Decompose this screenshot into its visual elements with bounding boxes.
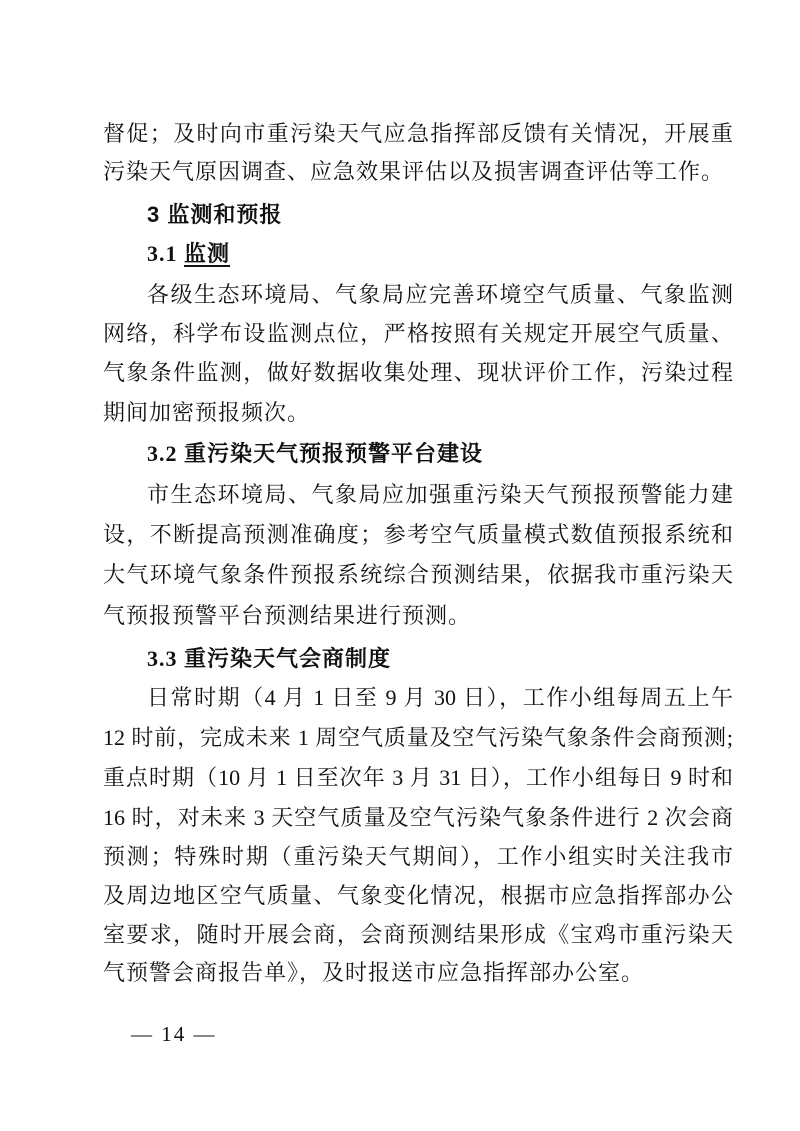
body-text-line: 气预警会商报告单》，及时报送市应急指挥部办公室。 <box>103 959 733 986</box>
body-text-line: 及周边地区空气质量、气象变化情况，根据市应急指挥部办公 <box>103 882 733 909</box>
line-text: 重点时期（10 月 1 日至次年 3 月 31 日），工作小组每日 9 时和 <box>103 765 733 790</box>
body-text-line: 气象条件监测，做好数据收集处理、现状评价工作，污染过程 <box>103 359 733 386</box>
line-text: 室要求，随时开展会商，会商预测结果形成《宝鸡市重污染天 <box>103 922 733 947</box>
body-text-line: 室要求，随时开展会商，会商预测结果形成《宝鸡市重污染天 <box>103 921 733 948</box>
body-text-line: 大气环境气象条件预报系统综合预测结果，依据我市重污染天 <box>103 561 733 588</box>
line-text: 预测；特殊时期（重污染天气期间），工作小组实时关注我市 <box>103 844 733 869</box>
line-text: 各级生态环境局、气象局应完善环境空气质量、气象监测 <box>147 282 733 307</box>
line-text: 大气环境气象条件预报系统综合预测结果，依据我市重污染天 <box>103 562 733 587</box>
document-page: 督促；及时向市重污染天气应急指挥部反馈有关情况，开展重污染天气原因调查、应急效果… <box>0 0 800 1131</box>
line-text: 气象条件监测，做好数据收集处理、现状评价工作，污染过程 <box>103 360 733 385</box>
body-text-line: 16 时，对未来 3 天空气质量及空气污染气象条件进行 2 次会商 <box>103 804 733 831</box>
line-text: 市生态环境局、气象局应加强重污染天气预报预警能力建 <box>147 482 733 507</box>
body-text-line: 期间加密预报频次。 <box>103 399 733 426</box>
line-text: 12 时前，完成未来 1 周空气质量及空气污染气象条件会商预测; <box>103 725 733 750</box>
line-text: 日常时期（4 月 1 日至 9 月 30 日），工作小组每周五上午 <box>147 685 733 710</box>
line-text: 督促；及时向市重污染天气应急指挥部反馈有关情况，开展重 <box>103 121 733 146</box>
underlined-text: 监测 <box>184 241 230 266</box>
body-text-line: 各级生态环境局、气象局应完善环境空气质量、气象监测 <box>103 281 733 308</box>
subsection-heading: 3.2 重污染天气预报预警平台建设 <box>103 440 733 467</box>
line-text: 气预警会商报告单》，及时报送市应急指挥部办公室。 <box>103 960 644 985</box>
line-text: 设，不断提高预测准确度；参考空气质量模式数值预报系统和 <box>103 522 733 547</box>
line-text: 网络，科学布设监测点位，严格按照有关规定开展空气质量、 <box>103 321 733 346</box>
body-text-line: 气预报预警平台预测结果进行预测。 <box>103 602 733 629</box>
subsection-heading: 3.3 重污染天气会商制度 <box>103 645 733 672</box>
line-text: 3 监测和预报 <box>147 202 282 227</box>
body-text-line: 督促；及时向市重污染天气应急指挥部反馈有关情况，开展重 <box>103 120 733 147</box>
body-text-line: 设，不断提高预测准确度；参考空气质量模式数值预报系统和 <box>103 521 733 548</box>
body-text-line: 重点时期（10 月 1 日至次年 3 月 31 日），工作小组每日 9 时和 <box>103 764 733 791</box>
body-text-line: 12 时前，完成未来 1 周空气质量及空气污染气象条件会商预测; <box>103 724 733 751</box>
page-number: — 14 — <box>131 1022 217 1047</box>
body-text-line: 污染天气原因调查、应急效果评估以及损害调查评估等工作。 <box>103 158 733 185</box>
line-text: 气预报预警平台预测结果进行预测。 <box>103 603 471 628</box>
line-text: 污染天气原因调查、应急效果评估以及损害调查评估等工作。 <box>103 159 724 184</box>
line-text: 16 时，对未来 3 天空气质量及空气污染气象条件进行 2 次会商 <box>103 805 733 830</box>
body-text-line: 日常时期（4 月 1 日至 9 月 30 日），工作小组每周五上午 <box>103 684 733 711</box>
line-text: 3.2 重污染天气预报预警平台建设 <box>147 441 483 466</box>
body-text-line: 市生态环境局、气象局应加强重污染天气预报预警能力建 <box>103 481 733 508</box>
line-text: 期间加密预报频次。 <box>103 400 310 425</box>
text-block: 督促；及时向市重污染天气应急指挥部反馈有关情况，开展重污染天气原因调查、应急效果… <box>0 0 800 1131</box>
line-text: 3.3 重污染天气会商制度 <box>147 646 391 671</box>
line-text: 3.1 <box>147 241 184 266</box>
section-heading: 3 监测和预报 <box>103 201 733 228</box>
subsection-heading: 3.1 监测 <box>103 240 733 267</box>
line-text: 及周边地区空气质量、气象变化情况，根据市应急指挥部办公 <box>103 883 733 908</box>
body-text-line: 预测；特殊时期（重污染天气期间），工作小组实时关注我市 <box>103 843 733 870</box>
body-text-line: 网络，科学布设监测点位，严格按照有关规定开展空气质量、 <box>103 320 733 347</box>
